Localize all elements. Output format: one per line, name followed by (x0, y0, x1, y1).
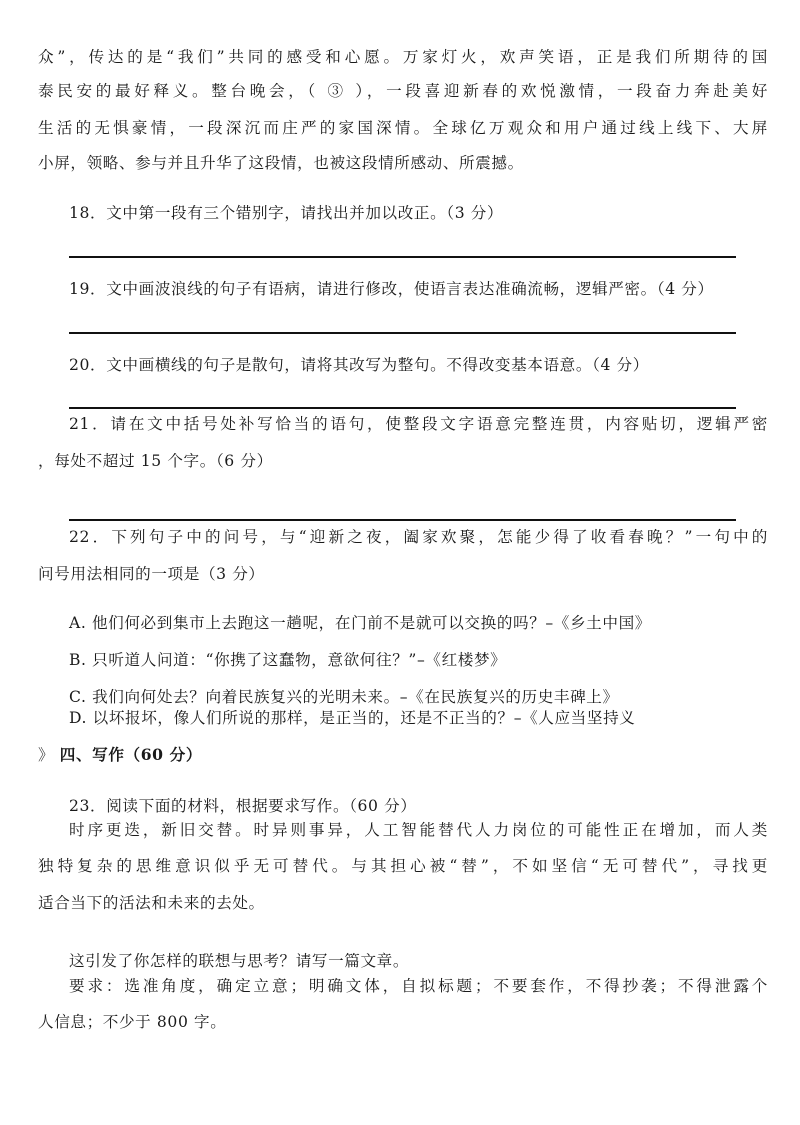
passage-line-1: 众”，传达的是“我们”共同的感受和心愿。万家灯火，欢声笑语，正是我们所期待的国 (38, 47, 768, 67)
material-line-1: 时序更迭，新旧交替。时异则事异，人工智能替代人力岗位的可能性正在增加，而人类 (69, 820, 768, 840)
answer-line-18[interactable] (69, 256, 736, 258)
material-line-3: 适合当下的活法和未来的去处。 (38, 893, 265, 913)
question-19: 19．文中画波浪线的句子有语病，请进行修改，使语言表达准确流畅，逻辑严密。（4 … (69, 279, 714, 299)
section-heading-row: 》 四、写作（60 分） (38, 745, 202, 765)
option-d: D. 以坏报坏，像人们所说的那样，是正当的，还是不正当的？–《人应当坚持义 (69, 708, 635, 728)
answer-line-21[interactable] (69, 519, 736, 521)
option-b: B. 只听道人问道：“你携了这蠢物，意欲何往？”–《红楼梦》 (69, 650, 506, 670)
option-a: A. 他们何必到集市上去跑这一趟呢，在门前不是就可以交换的吗？–《乡土中国》 (69, 613, 651, 633)
question-23: 23．阅读下面的材料，根据要求写作。（60 分） (69, 796, 417, 816)
material-line-2: 独特复杂的思维意识似乎无可替代。与其担心被“替”，不如坚信“无可替代”，寻找更 (38, 856, 768, 876)
question-18: 18．文中第一段有三个错别字，请找出并加以改正。（3 分） (69, 203, 503, 223)
passage-line-4: 小屏，领略、参与并且升华了这段情，也被这段情所感动、所震撼。 (38, 153, 524, 173)
question-21-line-2: ，每处不超过 15 个字。（6 分） (38, 451, 273, 471)
option-c: C. 我们向何处去？向着民族复兴的光明未来。–《在民族复兴的历史丰碑上》 (69, 687, 619, 707)
answer-line-20[interactable] (69, 407, 736, 409)
passage-line-2: 泰民安的最好释义。整台晚会，（ ③ ），一段喜迎新春的欢悦激情，一段奋力奔赴美好 (38, 81, 768, 101)
answer-line-19[interactable] (69, 332, 736, 334)
option-d-closing-mark: 》 (38, 746, 54, 764)
requirements-line-1: 要求：选准角度，确定立意；明确文体，自拟标题；不要套作，不得抄袭；不得泄露个 (69, 976, 768, 996)
question-22-line-1: 22．下列句子中的问号，与“迎新之夜，阖家欢聚，怎能少得了收看春晚？”一句中的 (69, 527, 768, 547)
question-21-line-1: 21．请在文中括号处补写恰当的语句，使整段文字语意完整连贯，内容贴切，逻辑严密 (69, 414, 768, 434)
section-heading: 四、写作（60 分） (60, 745, 202, 764)
requirements-line-2: 人信息；不少于 800 字。 (38, 1012, 226, 1032)
writing-prompt: 这引发了你怎样的联想与思考？请写一篇文章。 (69, 951, 409, 971)
question-22-line-2: 问号用法相同的一项是（3 分） (38, 564, 265, 584)
question-20: 20．文中画横线的句子是散句，请将其改写为整句。不得改变基本语意。（4 分） (69, 355, 649, 375)
passage-line-3: 生活的无惧豪情，一段深沉而庄严的家国深情。全球亿万观众和用户通过线上线下、大屏 (38, 118, 768, 138)
